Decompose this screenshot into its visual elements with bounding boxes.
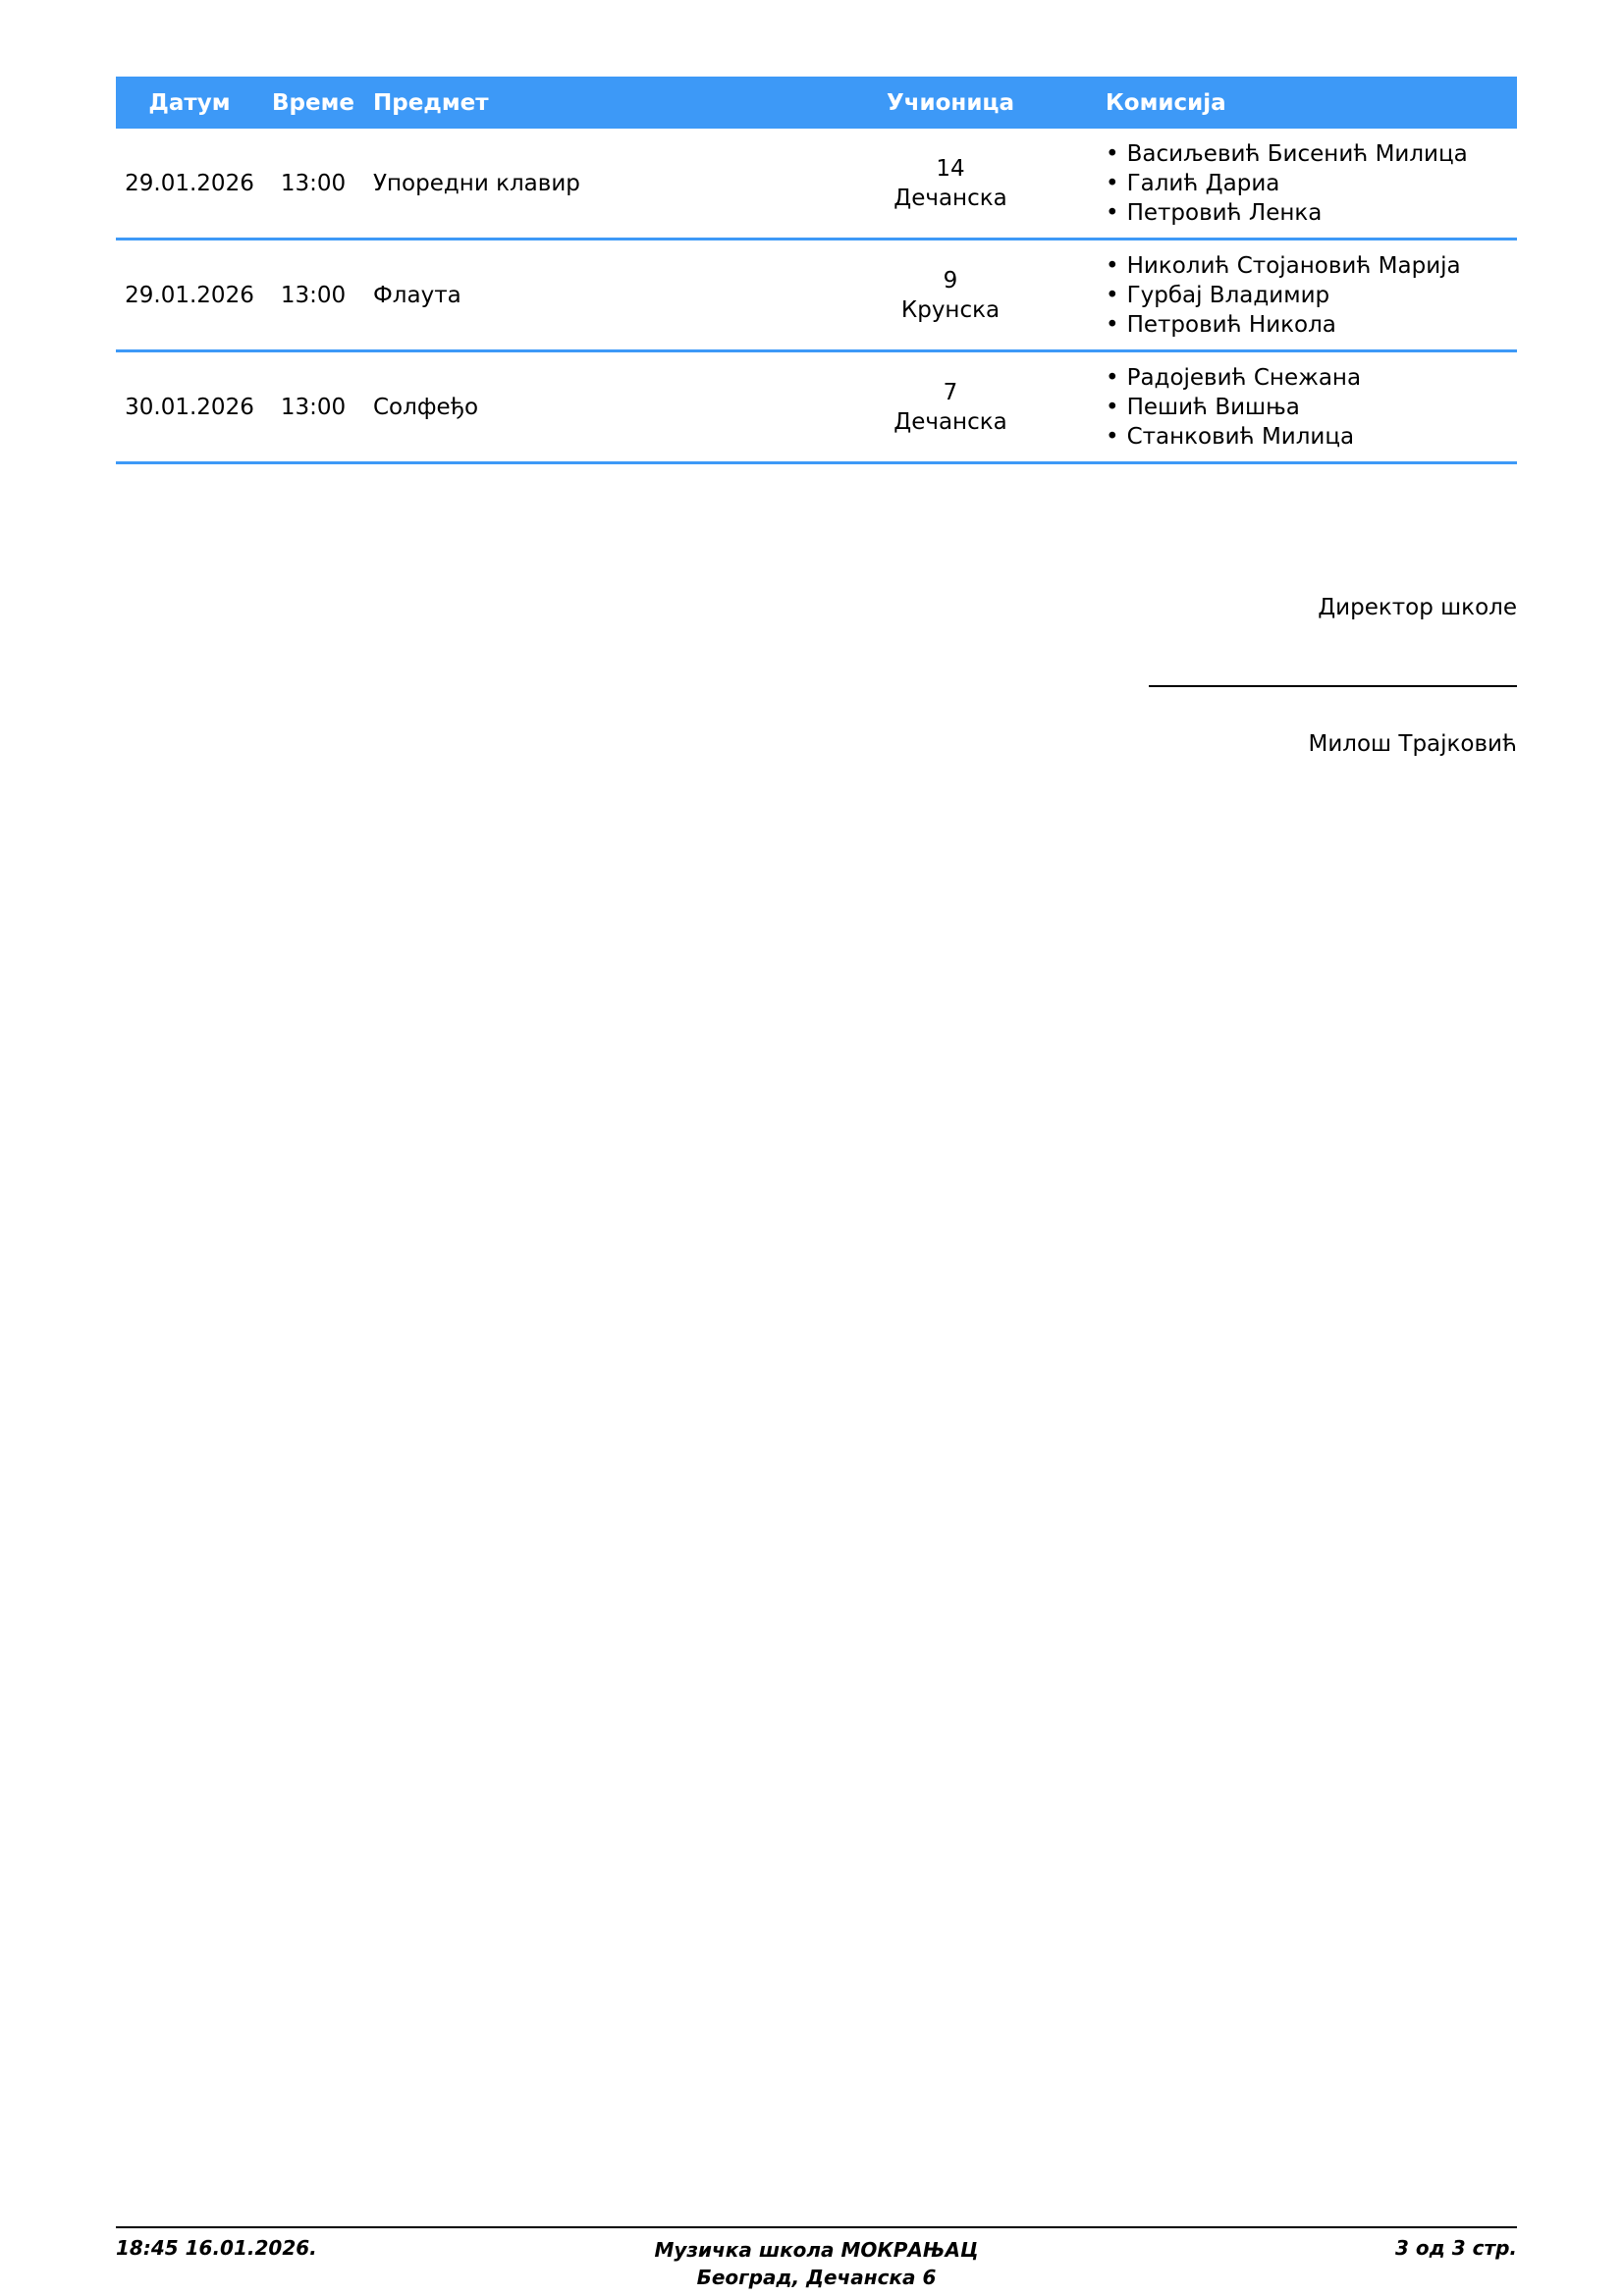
header-committee: Комисија bbox=[1096, 77, 1517, 129]
cell-subject: Солфеђо bbox=[363, 351, 805, 463]
room-location: Дечанска bbox=[805, 407, 1096, 437]
cell-time: 13:00 bbox=[263, 129, 363, 240]
committee-member: Станковић Милица bbox=[1106, 422, 1517, 452]
committee-member: Николић Стојановић Марија bbox=[1106, 251, 1517, 281]
room-location: Крунска bbox=[805, 295, 1096, 325]
cell-subject: Флаута bbox=[363, 240, 805, 351]
header-room: Учионица bbox=[805, 77, 1096, 129]
footer-page-number: 3 од 3 стр. bbox=[1395, 2236, 1517, 2260]
cell-date: 29.01.2026 bbox=[116, 129, 263, 240]
footer-school-info: Музичка школа МОКРАЊАЦ Београд, Дечанска… bbox=[116, 2236, 1517, 2291]
committee-member: Радојевић Снежана bbox=[1106, 363, 1517, 393]
committee-member: Петровић Ленка bbox=[1106, 198, 1517, 228]
committee-list: Радојевић Снежана Пешић Вишња Станковић … bbox=[1106, 363, 1517, 452]
signature-block: Директор школе Милош Трајковић bbox=[1149, 595, 1517, 757]
table-row: 30.01.2026 13:00 Солфеђо 7 Дечанска Радо… bbox=[116, 351, 1517, 463]
cell-time: 13:00 bbox=[263, 240, 363, 351]
signature-title: Директор школе bbox=[1149, 595, 1517, 624]
cell-room: 14 Дечанска bbox=[805, 129, 1096, 240]
committee-member: Петровић Никола bbox=[1106, 310, 1517, 340]
room-number: 7 bbox=[805, 378, 1096, 407]
header-time: Време bbox=[263, 77, 363, 129]
cell-committee: Радојевић Снежана Пешић Вишња Станковић … bbox=[1096, 351, 1517, 463]
table-row: 29.01.2026 13:00 Флаута 9 Крунска Николи… bbox=[116, 240, 1517, 351]
signature-line bbox=[1149, 666, 1517, 687]
header-subject: Предмет bbox=[363, 77, 805, 129]
committee-list: Васиљевић Бисенић Милица Галић Дариа Пет… bbox=[1106, 139, 1517, 228]
cell-date: 30.01.2026 bbox=[116, 351, 263, 463]
room-number: 14 bbox=[805, 154, 1096, 184]
cell-committee: Васиљевић Бисенић Милица Галић Дариа Пет… bbox=[1096, 129, 1517, 240]
header-date: Датум bbox=[116, 77, 263, 129]
committee-member: Гурбај Владимир bbox=[1106, 281, 1517, 310]
table-header-row: Датум Време Предмет Учионица Комисија bbox=[116, 77, 1517, 129]
cell-room: 9 Крунска bbox=[805, 240, 1096, 351]
committee-member: Васиљевић Бисенић Милица bbox=[1106, 139, 1517, 169]
room-number: 9 bbox=[805, 266, 1096, 295]
cell-room: 7 Дечанска bbox=[805, 351, 1096, 463]
cell-subject: Упоредни клавир bbox=[363, 129, 805, 240]
page-footer: 18:45 16.01.2026. Музичка школа МОКРАЊАЦ… bbox=[116, 2226, 1517, 2228]
footer-address: Београд, Дечанска 6 bbox=[116, 2264, 1517, 2291]
cell-date: 29.01.2026 bbox=[116, 240, 263, 351]
footer-school-name: Музичка школа МОКРАЊАЦ bbox=[116, 2236, 1517, 2264]
signature-name: Милош Трајковић bbox=[1149, 731, 1517, 757]
committee-member: Пешић Вишња bbox=[1106, 393, 1517, 422]
exam-schedule-table: Датум Време Предмет Учионица Комисија 29… bbox=[116, 77, 1517, 464]
room-location: Дечанска bbox=[805, 184, 1096, 213]
cell-time: 13:00 bbox=[263, 351, 363, 463]
committee-member: Галић Дариа bbox=[1106, 169, 1517, 198]
committee-list: Николић Стојановић Марија Гурбај Владими… bbox=[1106, 251, 1517, 340]
cell-committee: Николић Стојановић Марија Гурбај Владими… bbox=[1096, 240, 1517, 351]
table-row: 29.01.2026 13:00 Упоредни клавир 14 Деча… bbox=[116, 129, 1517, 240]
